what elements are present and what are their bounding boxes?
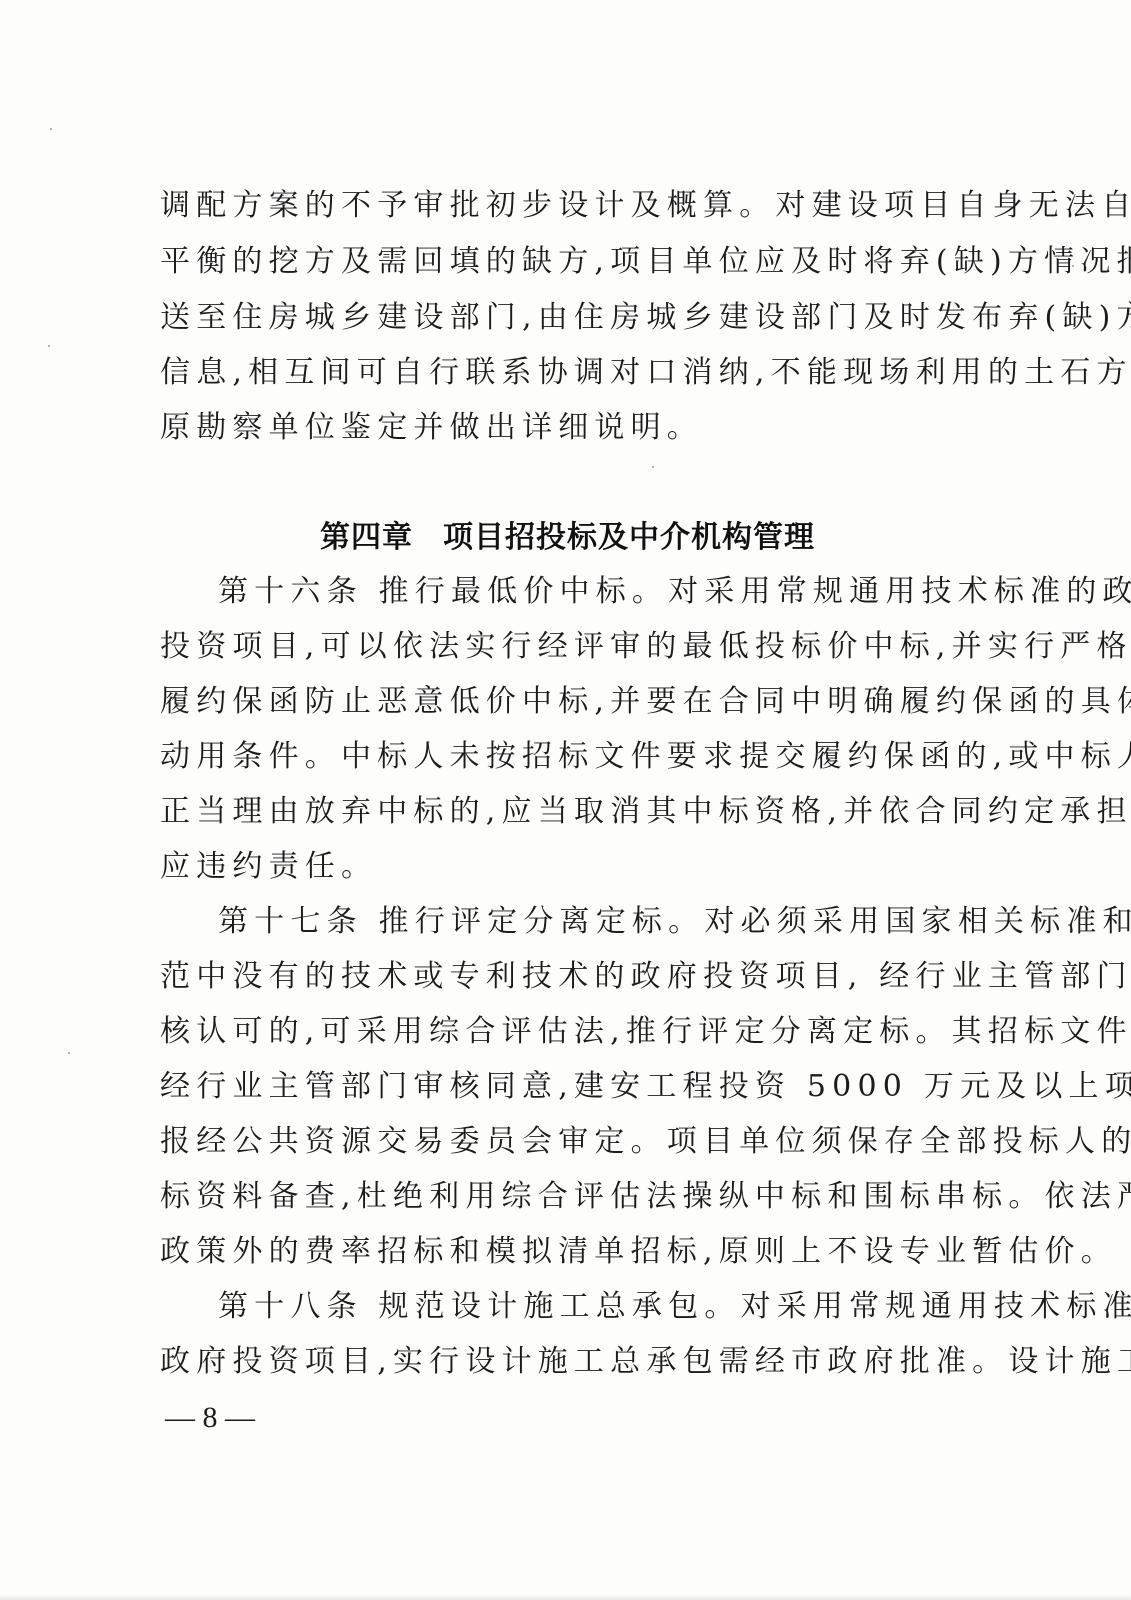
text-line: 正当理由放弃中标的,应当取消其中标资格,并依合同约定承担相 [160, 792, 1131, 832]
document-page: 调配方案的不予审批初步设计及概算。对建设项目自身无法自我 平衡的挖方及需回填的缺… [0, 0, 1131, 1600]
text-line: 经行业主管部门审核同意,建安工程投资 5000 万元及以上项目需 [160, 1067, 1131, 1107]
text-line: 范中没有的技术或专利技术的政府投资项目, 经行业主管部门审 [160, 957, 1131, 997]
text-line: 平衡的挖方及需回填的缺方,项目单位应及时将弃(缺)方情况报 [160, 242, 1131, 282]
text-line: 原勘察单位鉴定并做出详细说明。 [160, 408, 703, 448]
text-line: 标资料备查,杜绝利用综合评估法操纵中标和围标串标。依法严禁 [160, 1177, 1131, 1217]
text-line: 第十七条 推行评定分离定标。对必须采用国家相关标准和规 [218, 902, 1131, 942]
text-line: 政府投资项目,实行设计施工总承包需经市政府批准。设计施工总 [160, 1342, 1131, 1382]
text-line: 送至住房城乡建设部门,由住房城乡建设部门及时发布弃(缺)方 [160, 298, 1131, 338]
text-line: 调配方案的不予审批初步设计及概算。对建设项目自身无法自我 [160, 186, 1131, 226]
text-line: 动用条件。中标人未按招标文件要求提交履约保函的,或中标人无 [160, 737, 1131, 777]
chapter-title: 项目招投标及中介机构管理 [443, 520, 815, 555]
chapter-number: 第四章 [320, 520, 413, 555]
text-line: 报经公共资源交易委员会审定。项目单位须保存全部投标人的投 [160, 1122, 1131, 1162]
text-line: 核认可的,可采用综合评估法,推行评定分离定标。其招标文件须 [160, 1012, 1131, 1052]
scan-speck [652, 466, 654, 468]
text-line: 信息,相互间可自行联系协调对口消纳,不能现场利用的土石方需 [160, 353, 1131, 393]
text-line: 应违约责任。 [160, 847, 377, 887]
chapter-heading: 第四章项目招投标及中介机构管理 [160, 518, 975, 558]
text-line: 政策外的费率招标和模拟清单招标,原则上不设专业暂估价。 [160, 1232, 1117, 1272]
text-line: 第十六条 推行最低价中标。对采用常规通用技术标准的政府 [218, 572, 1131, 612]
text-line: 第十八条 规范设计施工总承包。对采用常规通用技术标准的 [218, 1287, 1131, 1327]
scan-speck [68, 1052, 70, 1054]
scan-edge [0, 1594, 1131, 1600]
text-line: 投资项目,可以依法实行经评审的最低投标价中标,并实行严格的 [160, 627, 1131, 667]
scan-speck [50, 128, 52, 130]
scan-speck [48, 345, 50, 347]
text-line: 履约保函防止恶意低价中标,并要在合同中明确履约保函的具体 [160, 682, 1131, 722]
page-number: — 8 — [165, 1398, 255, 1438]
